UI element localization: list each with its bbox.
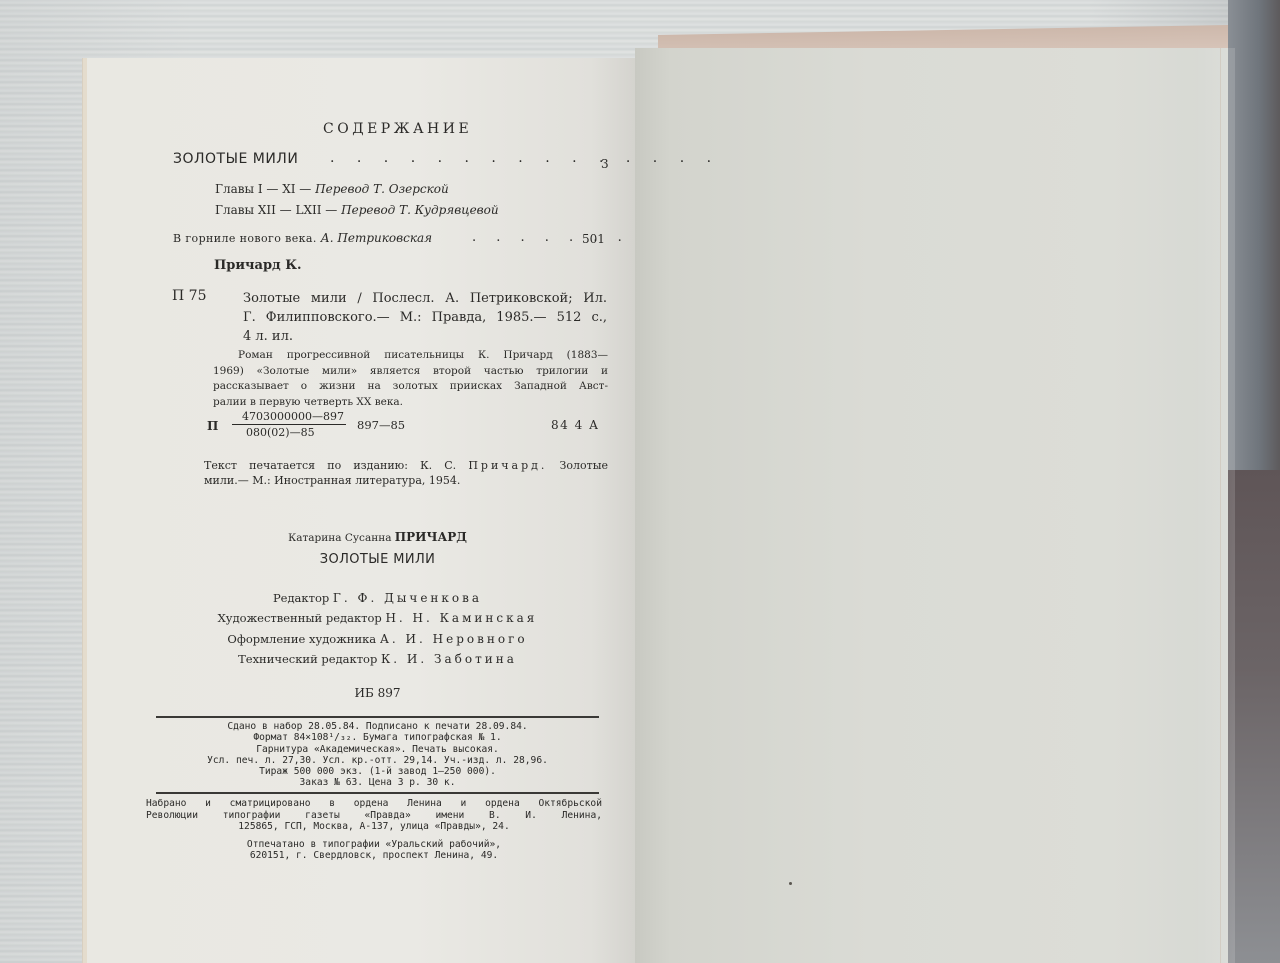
printer-line: 125865, ГСП, Москва, А-137, улица «Правд… [146,821,602,833]
imprint-line: Заказ № 63. Цена 3 р. 30 к. [156,777,599,788]
annotation-line: Роман прогрессивной писательницы К. Прич… [213,348,608,364]
catalog-author-heading: Причард К. [214,258,302,273]
toc-subentry-chapters: Главы I — XI — [215,182,315,196]
index-letter: П [207,419,218,433]
source-note-text: Текст печатается по изданию: К. С. [204,459,468,472]
bibliographic-description: Золотые мили / Послесл. А. Петриковской;… [243,289,607,346]
page-edge [83,58,87,963]
imprint-line: Усл. печ. л. 27,30. Усл. кр.-отт. 29,14.… [156,755,599,766]
biblio-line: Золотые мили / Послесл. А. Петриковской;… [243,289,607,308]
credit-role: Оформление художника [227,632,379,646]
credit-role: Редактор [273,591,333,605]
ib-number: ИБ 897 [155,686,600,700]
book-annotation: Роман прогрессивной писательницы К. Прич… [213,348,608,410]
toc-entry-page: 3 [601,157,609,171]
annotation-line: рассказывает о жизни на золотых приисках… [213,379,608,395]
toc-entry-title: ЗОЛОТЫЕ МИЛИ [173,151,298,167]
credit-name: Г. Ф. Дыченкова [333,591,482,605]
toc-entry-page: 501 [582,232,605,246]
toc-afterword-author: А. Петриковская [321,231,432,245]
credit-technical-editor: Технический редактор К. И. Заботина [155,652,600,666]
toc-subentry: Главы XII — LXII — Перевод Т. Кудрявцево… [215,203,499,217]
credit-role: Технический редактор [238,652,381,666]
credit-name: К. И. Заботина [381,652,517,666]
toc-afterword-title: В горниле нового века. [173,232,317,245]
credit-name: Н. Н. Каминская [385,611,537,625]
toc-heading: СОДЕРЖАНИЕ [323,121,472,137]
imprint-line: Гарнитура «Академическая». Печать высока… [156,744,599,755]
toc-subentry-translator: Перевод Т. Кудрявцевой [341,203,499,217]
biblio-line: 4 л. ил. [243,327,607,346]
toc-entry-afterword: В горниле нового века. А. Петриковская [173,231,432,245]
imprint-block: Сдано в набор 28.05.84. Подписано к печа… [156,721,599,789]
imprint-divider-bottom [156,792,599,794]
imprint-line: Сдано в набор 28.05.84. Подписано к печа… [156,721,599,732]
book-cover-edge [1228,0,1280,963]
printer-info: Набрано и сматрицировано в ордена Ленина… [146,798,602,862]
toc-subentry-translator: Перевод Т. Озерской [315,182,449,196]
credit-editor: Редактор Г. Ф. Дыченкова [155,591,600,605]
source-note-author: Причард. [468,459,547,472]
catalog-fraction: 4703000000—897 080(02)—85 [232,410,346,439]
source-note-text: Золотые [547,459,608,472]
credit-art-editor: Художественный редактор Н. Н. Каминская [155,611,600,625]
author-given-names: Катарина Сусанна [288,532,395,544]
annotation-line: ралии в первую четверть XX века. [213,395,608,411]
printer-line: 620151, г. Свердловск, проспект Ленина, … [146,850,602,862]
credit-role: Художественный редактор [218,611,386,625]
imprint-divider-top [156,716,599,718]
fraction-numerator: 4703000000—897 [232,410,346,425]
toc-subentry: Главы I — XI — Перевод Т. Озерской [215,182,449,196]
paper-speck [789,882,792,885]
fraction-suffix: 897—85 [357,418,405,432]
toc-leader-dots: . . . . . . . . . . . . . . . [330,150,720,166]
printer-line: Набрано и сматрицировано в ордена Ленина… [146,798,602,810]
bbk-code: 84 4 А [551,418,600,432]
annotation-line: 1969) «Золотые мили» является второй час… [213,364,608,380]
printer-line: Отпечатано в типографии «Уральский рабоч… [146,839,602,851]
credits-book-title: ЗОЛОТЫЕ МИЛИ [155,552,600,567]
source-edition-note: Текст печатается по изданию: К. С. Прича… [204,458,608,488]
toc-leader-dots: . . . . . . . [472,230,630,245]
source-note-text: мили.— М.: Иностранная литература, 1954. [204,473,608,488]
cover-shadow [1228,470,1280,963]
biblio-line: Г. Филипповского.— М.: Правда, 1985.— 51… [243,308,607,327]
endpaper-fold-shade [1195,48,1235,963]
author-surname: ПРИЧАРД [395,530,467,544]
right-page-blank [635,48,1228,963]
imprint-line: Тираж 500 000 экз. (1-й завод 1—250 000)… [156,766,599,777]
fraction-denominator: 080(02)—85 [232,425,346,439]
printer-line: Революции типографии газеты «Правда» име… [146,810,602,822]
toc-subentry-chapters: Главы XII — LXII — [215,203,341,217]
catalog-code: П 75 [172,288,206,304]
credit-name: А. И. Неровного [380,632,528,646]
imprint-line: Формат 84×108¹/₃₂. Бумага типографская №… [156,732,599,743]
credits-author: Катарина Сусанна ПРИЧАРД [155,530,600,544]
credit-designer: Оформление художника А. И. Неровного [155,632,600,646]
